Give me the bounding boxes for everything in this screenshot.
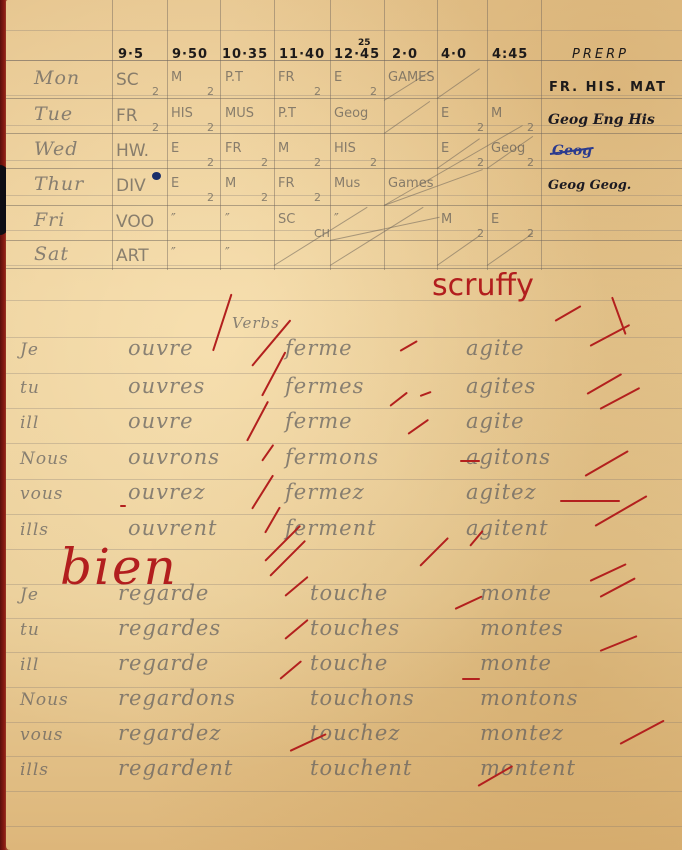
cell-subscript: 2 <box>477 227 484 240</box>
grid-row-line <box>6 205 682 206</box>
ruled-line <box>6 95 682 96</box>
verb-form-fermer: fermons <box>285 445 379 469</box>
pronoun: tu <box>20 620 40 640</box>
pronoun: tu <box>20 378 40 398</box>
time-slot-header: 11·40 <box>279 47 325 62</box>
verb-form-regarder: regardes <box>118 616 221 640</box>
timetable-cell: GAMES <box>388 70 435 85</box>
cell-subscript: 2 <box>261 191 268 204</box>
timetable-cell: FR <box>116 106 138 126</box>
timetable-cell: M <box>491 106 502 121</box>
verb-form-fermer: fermes <box>285 374 364 398</box>
timetable-cell: ART <box>116 246 149 266</box>
red-tick-mark <box>460 460 480 462</box>
timetable-cell: FR <box>225 141 242 156</box>
pronoun: ills <box>20 760 49 780</box>
timetable-cell: P.T <box>278 106 296 121</box>
cell-subscript: 2 <box>261 156 268 169</box>
timetable-cell: ″ <box>225 246 230 261</box>
cell-subscript: 2 <box>477 156 484 169</box>
cell-subscript: 2 <box>207 121 214 134</box>
timetable-cell: SC <box>116 70 139 90</box>
cell-subscript: 2 <box>314 156 321 169</box>
grid-column-line <box>437 0 438 270</box>
timetable-cell: HW. <box>116 141 149 161</box>
timetable-cell: E <box>491 212 499 227</box>
grid-row-line <box>6 268 682 269</box>
timetable-cell: E <box>171 176 179 191</box>
timetable-cell: FR <box>278 70 295 85</box>
teacher-comment-scruffy: scruffy <box>432 268 534 303</box>
timetable-cell: HIS <box>334 141 356 156</box>
cell-subscript: 2 <box>477 121 484 134</box>
grid-row-line <box>6 133 682 134</box>
cell-subscript: 2 <box>527 121 534 134</box>
verb-form-ouvrir: ouvre <box>128 336 194 360</box>
ruled-line <box>6 195 682 196</box>
red-tick-mark <box>120 505 126 507</box>
cell-subscript: 2 <box>152 85 159 98</box>
time-slot-header: 4·0 <box>441 47 467 62</box>
verb-form-monter: montez <box>480 721 564 745</box>
timetable-cell: ″ <box>334 212 339 227</box>
verbs-heading: Verbs <box>232 314 280 332</box>
day-label: Tue <box>34 103 73 125</box>
day-label: Sat <box>34 243 69 265</box>
timetable-cell: DIV <box>116 176 146 196</box>
timetable-cell: M <box>171 70 182 85</box>
verb-form-ouvrir: ouvrent <box>128 516 217 540</box>
pronoun: ill <box>20 655 39 675</box>
timetable-cell: M <box>278 141 289 156</box>
timetable-cell: SC <box>278 212 295 227</box>
day-label: Fri <box>34 209 65 231</box>
ruled-line <box>6 230 682 231</box>
cell-subscript: 2 <box>152 121 159 134</box>
pronoun: vous <box>20 725 64 745</box>
verb-form-ouvrir: ouvrez <box>128 480 206 504</box>
verb-form-toucher: touche <box>310 651 388 675</box>
red-tick-mark <box>560 500 620 502</box>
timetable-cell: M <box>225 176 236 191</box>
ruled-line <box>6 791 682 792</box>
timetable-cell: ″ <box>225 212 230 227</box>
time-slot-header: 9·50 <box>172 47 208 62</box>
timetable-cell: E <box>334 70 342 85</box>
timetable-cell: P.T <box>225 70 243 85</box>
day-label: Mon <box>34 67 80 89</box>
verb-form-regarder: regardons <box>118 686 236 710</box>
verb-form-toucher: touches <box>310 616 400 640</box>
verb-form-regarder: regardez <box>118 721 221 745</box>
verb-form-monter: montons <box>480 686 578 710</box>
time-slot-header: 12·45 <box>334 47 380 62</box>
cell-subscript: 2 <box>370 156 377 169</box>
grid-column-line <box>112 0 113 270</box>
ruled-line <box>6 160 682 161</box>
cell-subscript: 2 <box>527 227 534 240</box>
prep-mon: FR. HIS. MAT <box>549 80 667 95</box>
grid-column-line <box>274 0 275 270</box>
grid-row-line <box>6 98 682 99</box>
grid-row-line <box>6 168 682 169</box>
timetable-cell: Games <box>388 176 433 191</box>
cell-subscript: CH <box>314 227 330 240</box>
grid-column-line <box>541 0 542 270</box>
grid-column-line <box>220 0 221 270</box>
time-slot-header: 10·35 <box>222 47 268 62</box>
time-slot-header: 9·5 <box>118 47 144 62</box>
prep-header: PRERP <box>572 47 629 62</box>
verb-form-monter: monte <box>480 581 552 605</box>
time-slot-header: 2·0 <box>392 47 418 62</box>
verb-form-agiter: agitez <box>466 480 537 504</box>
timetable-cell: E <box>171 141 179 156</box>
ruled-line <box>6 300 682 301</box>
timetable-cell: E <box>441 141 449 156</box>
timetable-cell: Geog <box>491 141 525 156</box>
red-tick-mark <box>462 678 480 680</box>
grid-column-line <box>167 0 168 270</box>
verb-form-toucher: touchons <box>310 686 415 710</box>
pronoun: Je <box>20 340 39 360</box>
verb-form-agiter: agites <box>466 374 536 398</box>
timetable-cell: VOO <box>116 212 154 232</box>
verb-form-fermer: ferme <box>285 409 353 433</box>
verb-form-toucher: touche <box>310 581 388 605</box>
cell-subscript: 2 <box>207 85 214 98</box>
verb-form-agiter: agitons <box>466 445 551 469</box>
verb-form-ouvrir: ouvres <box>128 374 205 398</box>
ruled-line <box>6 514 682 515</box>
prep-thur: Geog Geog. <box>548 178 631 193</box>
verb-form-agiter: agite <box>466 409 525 433</box>
timetable-cell: HIS <box>171 106 193 121</box>
pronoun: ill <box>20 413 39 433</box>
pronoun: Je <box>20 585 39 605</box>
timetable-cell: M <box>441 212 452 227</box>
pronoun: vous <box>20 484 64 504</box>
ruled-line <box>6 265 682 266</box>
verb-form-fermer: fermez <box>285 480 365 504</box>
grid-column-line <box>487 0 488 270</box>
cell-subscript: 2 <box>314 85 321 98</box>
cell-subscript: 2 <box>527 156 534 169</box>
pronoun: Nous <box>20 690 69 710</box>
ruled-line <box>6 30 682 31</box>
cell-subscript: 2 <box>370 85 377 98</box>
time-correction: 25 <box>358 38 371 48</box>
cell-subscript: 2 <box>314 191 321 204</box>
timetable-cell: FR <box>278 176 295 191</box>
verb-form-toucher: touchent <box>310 756 412 780</box>
verb-form-ouvrir: ouvrons <box>128 445 220 469</box>
grid-row-line <box>6 240 682 241</box>
timetable-cell: Mus <box>334 176 360 191</box>
prep-tue: Geog Eng His <box>548 112 655 128</box>
timetable-cell: Geog <box>334 106 368 121</box>
pronoun: ills <box>20 520 49 540</box>
day-label: Wed <box>34 138 78 160</box>
verb-form-ouvrir: ouvre <box>128 409 194 433</box>
teacher-comment-bien: bien <box>60 538 178 596</box>
timetable-cell: ″ <box>171 212 176 227</box>
ruled-line <box>6 443 682 444</box>
cell-subscript: 2 <box>207 156 214 169</box>
verb-form-regarder: regarde <box>118 651 209 675</box>
day-label: Thur <box>34 173 84 195</box>
verb-form-monter: monte <box>480 651 552 675</box>
verb-form-monter: montes <box>480 616 564 640</box>
ruled-line <box>6 826 682 827</box>
timetable-cell: MUS <box>225 106 254 121</box>
verb-form-fermer: ferme <box>285 336 353 360</box>
cell-subscript: 2 <box>207 191 214 204</box>
timetable-cell: ″ <box>171 246 176 261</box>
timetable-cell: E <box>441 106 449 121</box>
verb-form-regarder: regardent <box>118 756 233 780</box>
verb-form-agiter: agite <box>466 336 525 360</box>
time-slot-header: 4:45 <box>492 47 528 62</box>
pronoun: Nous <box>20 449 69 469</box>
ink-blot <box>152 172 161 180</box>
